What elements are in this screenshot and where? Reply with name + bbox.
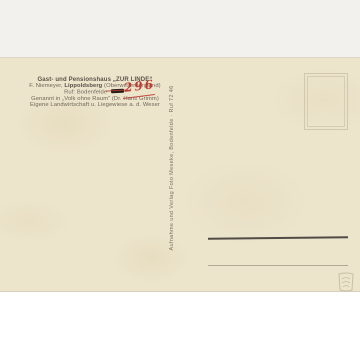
imprint-features-line: Eigene Landwirtschaft u. Liegewiese a. d… bbox=[12, 102, 178, 108]
photo-background-bottom bbox=[0, 292, 360, 360]
imprint-owner-prefix: F. Niemeyer, bbox=[29, 83, 64, 89]
address-line-2 bbox=[208, 265, 348, 266]
corner-emblem-icon bbox=[336, 271, 356, 293]
imprint-owner-place: Lippoldsberg bbox=[64, 83, 102, 89]
publisher-credit-vertical: Aufnahme und Verlag Foto Meseke, Bodenfe… bbox=[169, 76, 179, 260]
imprint-phone-label: Ruf: Bodenfelde bbox=[64, 90, 107, 96]
address-line-1 bbox=[208, 236, 348, 239]
stamp-box bbox=[304, 73, 348, 130]
stamp-box-inner-frame bbox=[307, 76, 345, 127]
postcard-photo: Gast- und Pensionshaus „ZUR LINDE“ F. Ni… bbox=[0, 0, 360, 360]
postcard-back: Gast- und Pensionshaus „ZUR LINDE“ F. Ni… bbox=[0, 57, 360, 292]
photo-background-top bbox=[0, 0, 360, 57]
